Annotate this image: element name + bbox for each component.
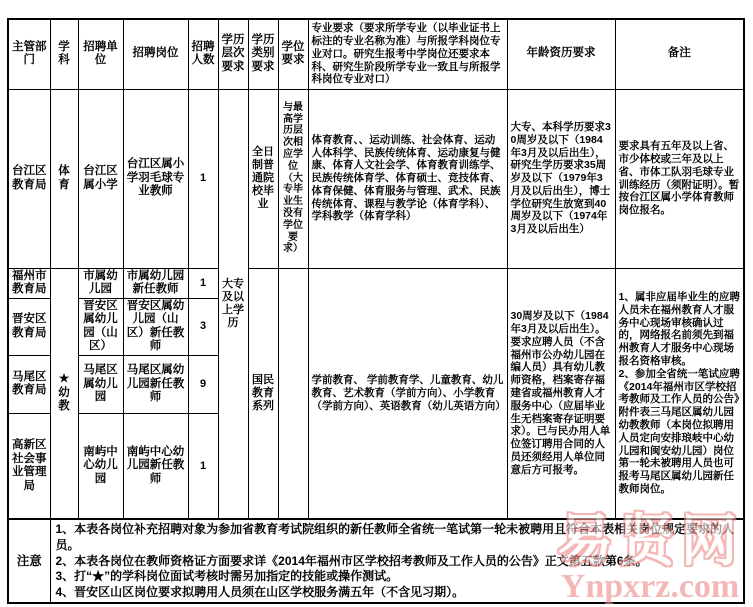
- col-header-post: 招聘岗位: [123, 19, 188, 89]
- cell-dept: 台江区教育局: [8, 89, 50, 268]
- row-taijiang: 台江区教育局 体育 台江区属小学 台江区属小学羽毛球专业教师 1 大专及以上学历…: [8, 89, 744, 268]
- cell-edu-category: 全日制普通院校毕业: [248, 89, 278, 268]
- notice-text: 1、本表各岗位补充招聘对象为参加省教育考试院组织的新任教师全省统一笔试第一轮未被…: [50, 519, 744, 603]
- col-header-remark: 备注: [615, 19, 744, 89]
- cell-degree-merged: [278, 268, 308, 519]
- cell-major: 体育教育、、运动训练、社会体育、运动人体科学、民族传统体育、运动康复与健康、体育…: [308, 89, 507, 268]
- col-header-subject: 学科: [50, 19, 78, 89]
- col-header-major: 专业要求（要求所学专业（以毕业证书上标注的专业名称为准）与所报学科岗位专业对口。…: [308, 19, 507, 89]
- cell-post: 马尾区属幼儿园新任教师: [123, 355, 188, 413]
- cell-dept: 马尾区教育局: [8, 355, 50, 413]
- cell-edu-category-merged: 国民教育系列: [248, 268, 278, 519]
- cell-subject: 体育: [50, 89, 78, 268]
- notice-line-2: 2、本表各岗位在教师资格证方面要求详《2014年福州市区学校招考教师及工作人员的…: [56, 554, 739, 570]
- row-fuzhou: 福州市教育局 ★ 幼教 市属幼儿园 市属幼儿园新任教师 1 国民教育系列 学前教…: [8, 268, 744, 298]
- cell-dept: 高新区社会事业管理局: [8, 413, 50, 519]
- cell-unit: 台江区属小学: [78, 89, 123, 268]
- recruitment-table: 主管部门 学科 招聘单位 招聘岗位 招聘人数 学历层次要求 学历类别要求 学位要…: [7, 18, 745, 604]
- cell-remark: 要求具有五年及以上省、市少体校或三年及以上省、市体工队羽毛球专业训练经历（须附证…: [615, 89, 744, 268]
- notice-line-3: 3、打“★”的学科岗位面试考核时需另加指定的技能或操作测试。: [56, 569, 739, 585]
- recruitment-table-sheet: 主管部门 学科 招聘单位 招聘岗位 招聘人数 学历层次要求 学历类别要求 学位要…: [7, 18, 745, 604]
- page: { "watermark": {"cn": "易贤网", "en": "Ynpx…: [0, 0, 753, 607]
- cell-unit: 市属幼儿园: [78, 268, 123, 298]
- cell-count: 1: [188, 89, 218, 268]
- cell-edu-level-merged: 大专及以上学历: [218, 89, 248, 519]
- cell-dept: 晋安区教育局: [8, 298, 50, 355]
- cell-count: 9: [188, 355, 218, 413]
- cell-unit: 晋安区属幼儿园（山区）: [78, 298, 123, 355]
- notice-label: 注意: [8, 519, 50, 603]
- notice-line-4: 4、晋安区山区岗位要求拟聘用人员须在山区学校服务满五年（不含见习期）。: [56, 585, 739, 601]
- col-header-edu-level: 学历层次要求: [218, 19, 248, 89]
- header-row: 主管部门 学科 招聘单位 招聘岗位 招聘人数 学历层次要求 学历类别要求 学位要…: [8, 19, 744, 89]
- cell-dept: 福州市教育局: [8, 268, 50, 298]
- notice-row: 注意 1、本表各岗位补充招聘对象为参加省教育考试院组织的新任教师全省统一笔试第一…: [8, 519, 744, 603]
- cell-remark-merged: 1、属非应届毕业生的应聘人员未在福州教育人才服务中心现场审核确认过的，网络报名前…: [615, 268, 744, 519]
- col-header-edu-category: 学历类别要求: [248, 19, 278, 89]
- cell-age-merged: 30周岁及以下（1984年3月及以后出生）。要求应聘人员（不含福州市公办幼儿园在…: [507, 268, 615, 519]
- cell-post: 南屿中心幼儿园新任教师: [123, 413, 188, 519]
- col-header-degree: 学位要求: [278, 19, 308, 89]
- cell-age: 大专、本科学历要求30周岁及以下（1984年3月及以后出生），研究生学历要求35…: [507, 89, 615, 268]
- cell-post: 台江区属小学羽毛球专业教师: [123, 89, 188, 268]
- notice-line-1: 1、本表各岗位补充招聘对象为参加省教育考试院组织的新任教师全省统一笔试第一轮未被…: [56, 522, 739, 553]
- cell-unit: 南屿中心幼儿园: [78, 413, 123, 519]
- col-header-dept: 主管部门: [8, 19, 50, 89]
- cell-subject-youjiao-merged: ★ 幼教: [50, 268, 78, 519]
- cell-post: 晋安区属幼儿园（山区）新任教师: [123, 298, 188, 355]
- col-header-count: 招聘人数: [188, 19, 218, 89]
- col-header-unit: 招聘单位: [78, 19, 123, 89]
- cell-count: 1: [188, 268, 218, 298]
- col-header-age: 年龄资历要求: [507, 19, 615, 89]
- cell-count: 3: [188, 298, 218, 355]
- cell-degree: 与最高学历层次相应学位（大专毕业生没有学位要求）: [278, 89, 308, 268]
- cell-count: 1: [188, 413, 218, 519]
- cell-major-merged: 学前教育、 学前教育学、儿童教育、幼儿教育、艺术教育（学前方向）、小学教育（学前…: [308, 268, 507, 519]
- cell-unit: 马尾区属幼儿园: [78, 355, 123, 413]
- cell-post: 市属幼儿园新任教师: [123, 268, 188, 298]
